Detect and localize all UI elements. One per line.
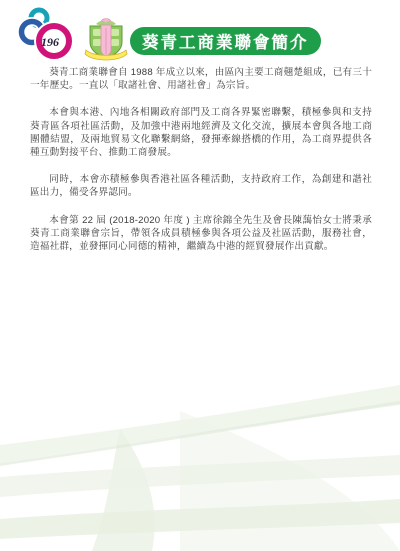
article-body: 葵青工商業聯會自 1988 年成立以來，由區內主要工商翹楚組成，已有三十一年歷史… [0, 64, 400, 253]
association-crest-icon [82, 16, 130, 64]
booklet-page: 196 葵青工商業聯會簡介 葵青工商業聯會自 1988 年成立以來，由區內主要工… [0, 0, 400, 551]
paragraph-community: 同時，本會亦積極參與香港社區各種活動，支持政府工作，為創建和諧社區出力，備受各界… [30, 173, 372, 199]
page-title-banner: 葵青工商業聯會簡介 [130, 27, 321, 55]
page-number-badge: 196 [8, 4, 88, 68]
page-title: 葵青工商業聯會簡介 [142, 29, 309, 53]
page-header: 196 葵青工商業聯會簡介 [0, 0, 400, 64]
paragraph-leadership: 本會第 22 屆 (2018-2020 年度 ) 主席徐錦全先生及會長陳藹怡女士… [30, 214, 372, 254]
decorative-swirls [0, 371, 400, 551]
paragraph-networks: 本會與本港、內地各相關政府部門及工商各界緊密聯繫，積極參與和支持葵青區各項社區活… [30, 106, 372, 159]
paragraph-history: 葵青工商業聯會自 1988 年成立以來，由區內主要工商翹楚組成，已有三十一年歷史… [30, 66, 372, 92]
page-number: 196 [41, 35, 59, 49]
